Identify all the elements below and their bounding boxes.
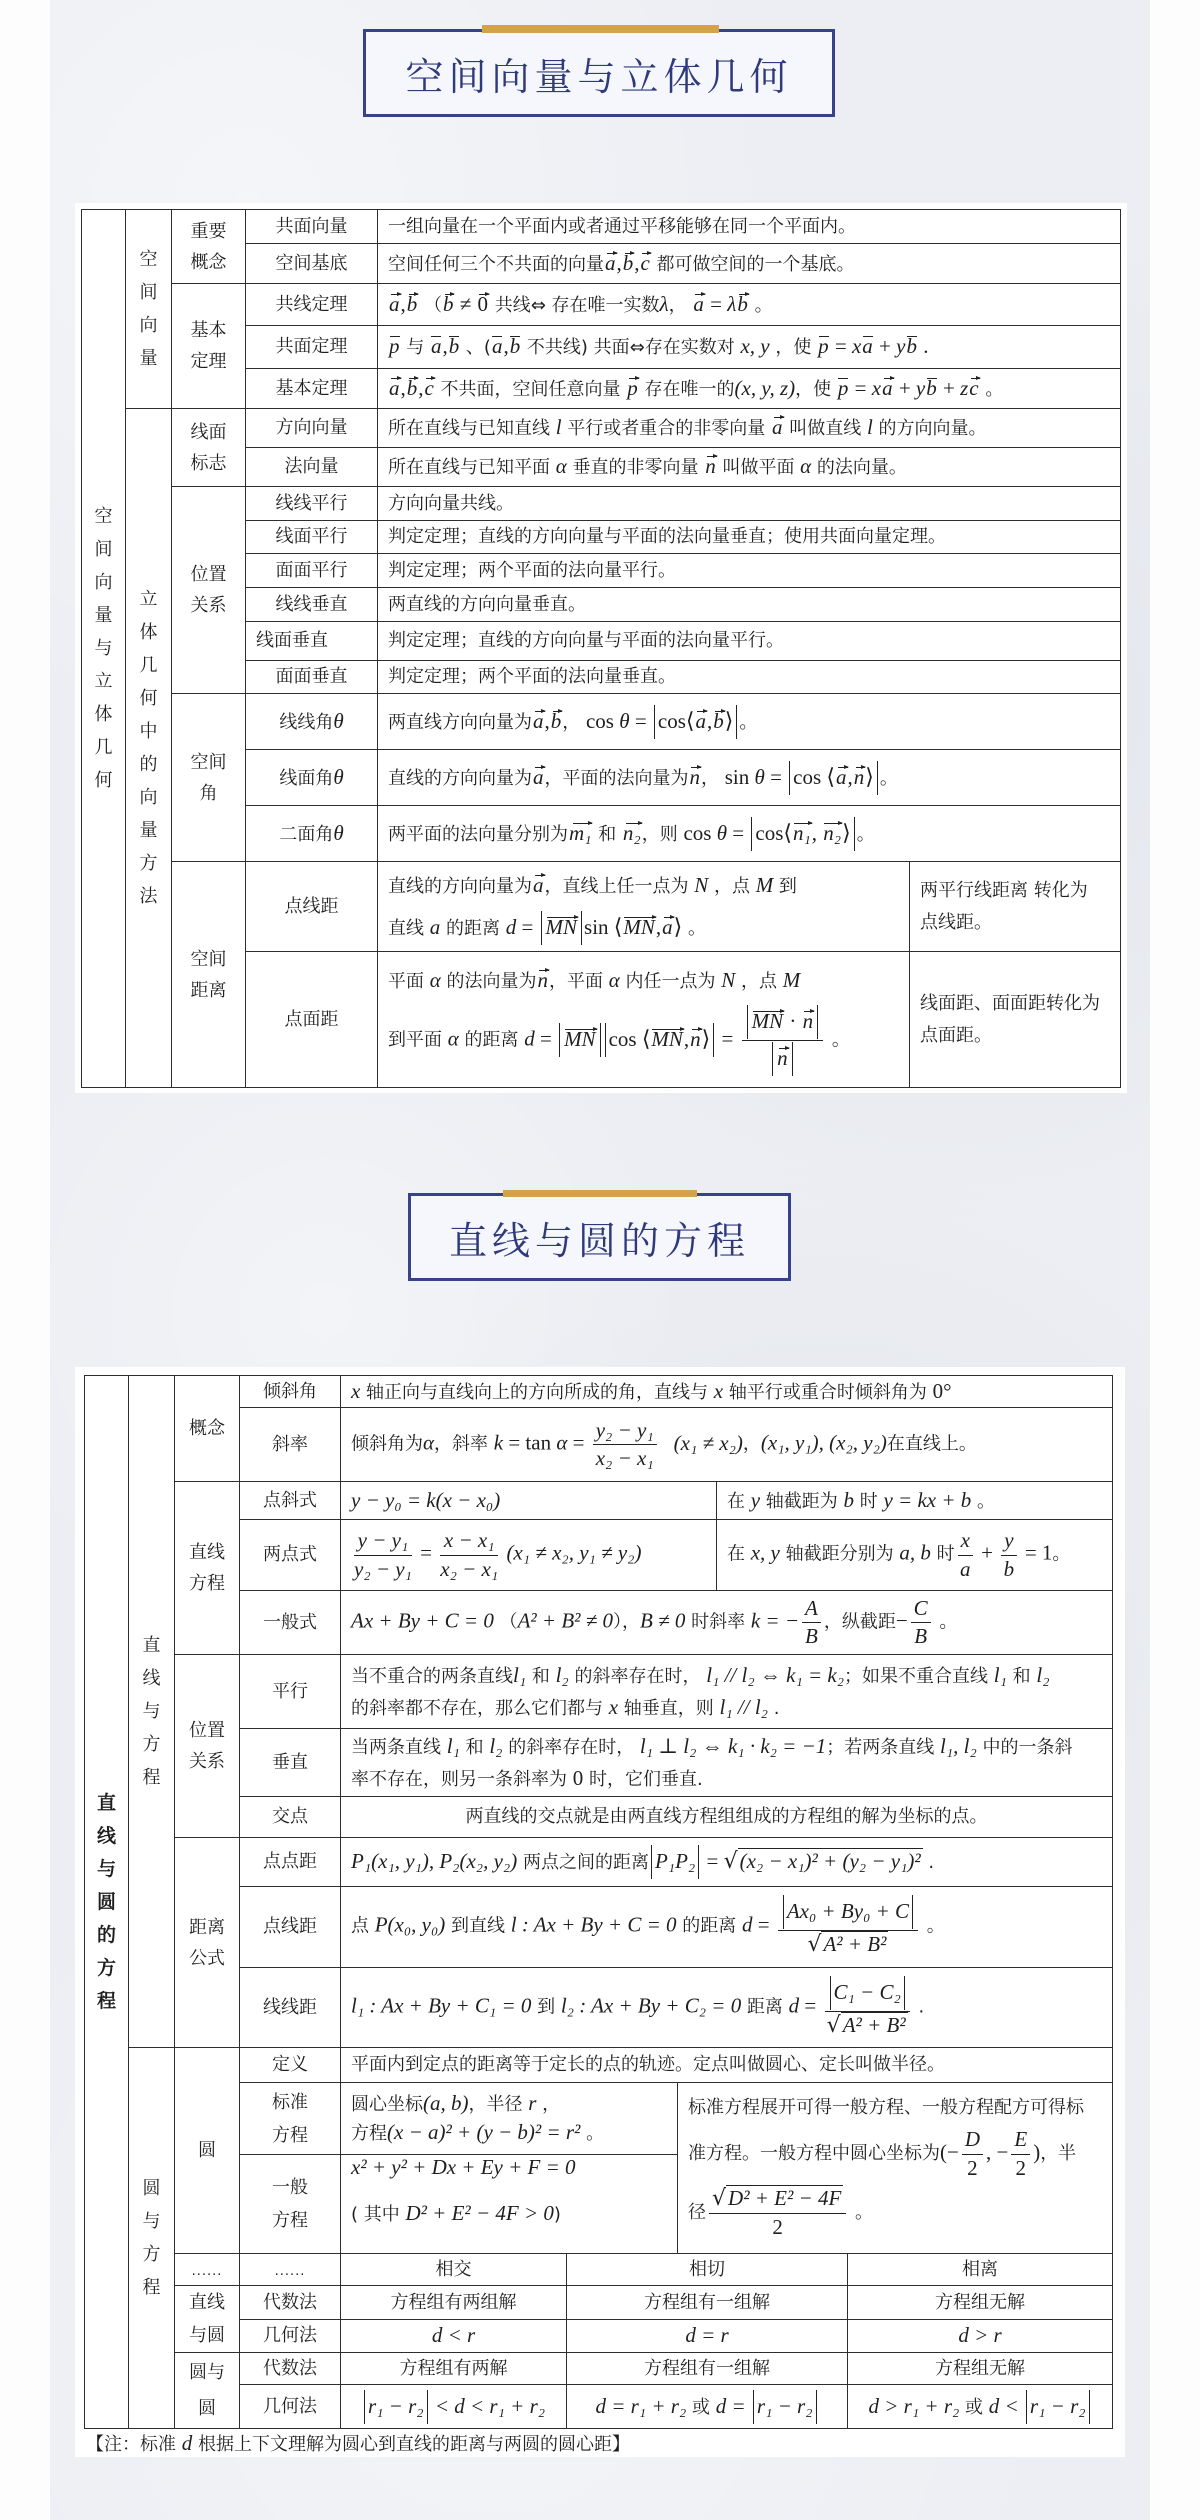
item-label: 斜率 xyxy=(272,1434,308,1455)
theta-symbol: θ xyxy=(333,709,343,733)
text-line: 率不存在，则另一条斜率为 0 时，它们垂直. xyxy=(351,1763,1112,1795)
math-symbol: = xyxy=(705,292,727,316)
radicand: A² + B² xyxy=(821,1931,888,1956)
item-cell: 线面角θ xyxy=(246,750,378,806)
item-cell: 代数法 xyxy=(240,2286,341,2320)
radicand: A² + B² xyxy=(841,2012,908,2037)
fraction-numerator: x − x₁ xyxy=(440,1528,498,1555)
group-cell: 空间向量 xyxy=(126,210,172,409)
content-cell: 方向向量共线。 xyxy=(378,487,1121,521)
text-run: 方程组有一组解 xyxy=(644,2358,770,2379)
text-run: 时，它们垂直. xyxy=(583,1769,702,1790)
content-cell: 判定定理；两个平面的法向量垂直。 xyxy=(378,661,1121,694)
line-circle-table: 直线与圆的方程 直线与方程 概念 倾斜角 x 轴正向与直线向上的方向所成的角，直… xyxy=(84,1375,1113,2429)
item-label: 线线垂直 xyxy=(276,594,348,615)
column-header: 相交 xyxy=(341,2254,567,2286)
math-variable: α xyxy=(800,454,811,478)
vector-symbol: a xyxy=(604,251,617,275)
item-cell: 几何法 xyxy=(240,2385,341,2429)
item-label: 共面向量 xyxy=(276,216,348,237)
formula-line: 准方程。一般方程中圆心坐标为(−D2, −E2)，半 xyxy=(688,2123,1112,2183)
group-label: 直线与方程 xyxy=(142,1629,162,1794)
math-variable: l₂ xyxy=(489,1734,502,1758)
content-cell: 平面 α 的法向量为n，平面 α 内任一点为 N ，点 M 到平面 α 的距离 … xyxy=(378,952,910,1088)
vector-symbol: MN xyxy=(751,1009,785,1033)
item-label: 线面平行 xyxy=(276,526,348,547)
text-run: 到平面 xyxy=(388,1030,448,1051)
text-line: 当两条直线 l₁ 和 l₂ 的斜率存在时， l₁ ⊥ l₂ ⇔ k₁ · k₂ … xyxy=(351,1731,1112,1763)
math-symbol: · xyxy=(784,1009,802,1033)
math-variable: P₁(x₁, y₁), P₂(x₂, y₂) xyxy=(351,1849,517,1873)
formula-line: 直线的方向向量为a，直线上任一点为 N ，点 M 到 xyxy=(388,865,909,907)
category-label: 基本定理 xyxy=(190,315,228,377)
math-symbol: = xyxy=(799,1993,821,2017)
fraction-denominator: 2 xyxy=(1011,2155,1030,2181)
text-run: 。 xyxy=(934,1612,958,1633)
item-cell: 二面角θ xyxy=(246,806,378,862)
content-cell: 当不重合的两条直线l₁ 和 l₂ 的斜率存在时， l₁ // l₂ ⇔ k₁ =… xyxy=(341,1655,1113,1729)
fraction-numerator: y − y₁ xyxy=(354,1528,412,1555)
vector-symbol: a xyxy=(532,873,545,897)
item-cell: 线线垂直 xyxy=(246,588,378,622)
fraction: MN · nn xyxy=(742,1005,824,1076)
text-run: 时 xyxy=(854,1491,883,1512)
math-symbol: cos xyxy=(793,765,826,789)
vector-symbol: n xyxy=(853,765,866,789)
item-cell: 标准方程 xyxy=(240,2083,341,2155)
text-run: 。 xyxy=(1052,1544,1070,1565)
item-cell: 一般方程 xyxy=(240,2155,341,2254)
formula-line: ( 其中 D² + E² − 4F > 0) xyxy=(351,2181,677,2247)
text-run: 轴正向与直线向上的方向所成的角，直线与 xyxy=(360,1382,713,1403)
content-cell: 圆心坐标(a, b)，半径 r ， 方程(x − a)² + (y − b)² … xyxy=(341,2083,678,2155)
item-cell: 代数法 xyxy=(240,2353,341,2385)
item-cell: 线线角θ xyxy=(246,694,378,750)
group-cell: 直线与方程 xyxy=(129,1376,175,2048)
content-cell: 两直线的交点就是由两直线方程组组成的方程组的解为坐标的点。 xyxy=(341,1797,1113,1838)
vector-symbol: n₂ xyxy=(622,821,642,845)
text-run: ( 其中 xyxy=(351,2204,405,2225)
text-run: 所在直线与已知直线 xyxy=(388,418,556,439)
vector-symbol: b xyxy=(905,334,918,358)
fraction-denominator: x₂ − x₁ xyxy=(440,1556,498,1582)
text-run: 方程组有一组解 xyxy=(644,2292,770,2313)
remark-cell: 两平行线距离 转化为点线距。 xyxy=(910,862,1121,952)
text-run: 。 xyxy=(921,1916,945,1937)
item-cell: 共面定理 xyxy=(246,326,378,369)
math-variable: d xyxy=(182,2431,193,2455)
text-run: 当不重合的两条直线 xyxy=(351,1666,513,1687)
content-cell: l₁ : Ax + By + C₁ = 0 到 l₂ : Ax + By + C… xyxy=(341,1968,1113,2048)
text-run: ，直线上任一点为 xyxy=(545,876,695,897)
math-variable: d > r xyxy=(958,2323,1001,2347)
text-run: 叫做直线 xyxy=(784,418,867,439)
position-cell: 方程组有一组解 xyxy=(567,2286,848,2320)
text-run: 与 xyxy=(401,337,430,358)
text-run: 的斜率存在时， xyxy=(502,1737,639,1758)
text-run: ，平面 xyxy=(549,971,609,992)
text-run: 的距离 xyxy=(459,1030,524,1051)
item-label: 点线距 xyxy=(285,896,339,917)
math-variable: (x₁ ≠ x₂) xyxy=(674,1431,743,1455)
math-variable: l₁ ⊥ l₂ ⇔ k₁ · k₂ = −1 xyxy=(640,1734,826,1758)
text-run: 方向向量共线。 xyxy=(388,493,514,514)
math-sym bol: cos xyxy=(609,1027,642,1051)
absolute-value: Ax₀ + By₀ + C xyxy=(783,1895,913,1929)
text-run: 距离 xyxy=(741,1996,788,2017)
vector-symbol: b xyxy=(622,251,635,275)
position-cell: d > r₁ + r₂ 或 d < r₁ − r₂ xyxy=(848,2385,1113,2429)
content-cell: 直线的方向向量为a，直线上任一点为 N ，点 M 到 直线 a 的距离 d = … xyxy=(378,862,910,952)
math-variable: M xyxy=(783,968,801,992)
text-run: 平面内到定点的距离等于定长的点的轨迹。定点叫做圆心、定长叫做半径。 xyxy=(351,2054,945,2075)
text-run: 存在唯一的 xyxy=(639,379,735,400)
math-symbol: = xyxy=(849,376,871,400)
text-run: ， xyxy=(562,712,586,733)
absolute-value: cos⟨n₁, n₂⟩ xyxy=(751,817,854,851)
category-label: 位置关系 xyxy=(190,559,228,621)
position-cell: 方程组有一组解 xyxy=(567,2353,848,2385)
item-cell: 共线定理 xyxy=(246,284,378,326)
item-cell: 共面向量 xyxy=(246,210,378,244)
content-cell: 在 x, y 轴截距分别为 a, b 时xa + yb = 1。 xyxy=(717,1520,1113,1591)
text-run: 判定定理；直线的方向向量与平面的法向量垂直；使用共面向量定理。 xyxy=(388,526,946,547)
math-variable: x, y xyxy=(751,1541,780,1565)
formula-line: 方程(x − a)² + (y − b)² = r² 。 xyxy=(351,2118,677,2148)
text-run: 在 xyxy=(727,1491,751,1512)
math-variable: a, b xyxy=(899,1541,931,1565)
math-variable: y xyxy=(751,1488,760,1512)
formula-line: 径√D² + E² − 4F2 。 xyxy=(688,2183,1112,2243)
content-cell: x² + y² + Dx + Ey + F = 0 ( 其中 D² + E² −… xyxy=(341,2155,678,2254)
item-label: 线面角 xyxy=(279,768,333,789)
position-cell: 方程组无解 xyxy=(848,2353,1113,2385)
text-run: 方程组有两组解 xyxy=(391,2292,517,2313)
vector-symbol: c xyxy=(640,251,651,275)
fraction-denominator: a xyxy=(958,1556,973,1582)
math-variable: λ xyxy=(727,292,736,316)
math-variable: Ax₀ + By₀ + C xyxy=(787,1899,909,1923)
vector-symbol: a xyxy=(491,334,504,358)
math-variable: l₁ // l₂ xyxy=(720,1695,768,1719)
category-cell: 直线与圆 xyxy=(175,2286,240,2353)
topic-label: 空间向量与立体几何 xyxy=(94,500,114,797)
text-run: ，使 xyxy=(795,379,837,400)
text-run: ）， xyxy=(613,1612,640,1633)
text-run: 中的一条斜 xyxy=(977,1737,1073,1758)
angle-bracket: ⟨ xyxy=(826,765,835,790)
fraction-numerator: C₁ − C₂ xyxy=(825,1976,910,2012)
fraction-numerator: Ax₀ + By₀ + C xyxy=(778,1895,918,1931)
category-cell: 概念 xyxy=(175,1376,240,1482)
column-header: 相离 xyxy=(848,2254,1113,2286)
category-label: 重要概念 xyxy=(190,216,228,278)
angle-bracket: ⟨ xyxy=(783,821,792,846)
text-run: . xyxy=(923,1852,934,1873)
fraction: Ax₀ + By₀ + C√A² + B² xyxy=(778,1895,918,1958)
math-symbol: = 1 xyxy=(1020,1541,1053,1565)
relation-note-cell: 标准方程展开可得一般方程、一般方程配方可得标 准方程。一般方程中圆心坐标为(−D… xyxy=(678,2083,1113,2254)
text-run: 直线的方向向量为 xyxy=(388,876,532,897)
group-label: 圆与方程 xyxy=(142,2172,162,2304)
category-cell: 线面标志 xyxy=(172,409,246,487)
angle-bracket: ⟩ xyxy=(865,765,874,790)
math-variable: B ≠ 0 xyxy=(640,1609,685,1633)
text-run: 轴截距分别为 xyxy=(780,1544,899,1565)
vector-symbol: MN xyxy=(650,1027,684,1051)
vector-symbol: b xyxy=(509,334,522,358)
formula-line: 到平面 α 的距离 d = MNcos ⟨MN,n⟩ = MN · nn 。 xyxy=(388,1005,909,1076)
math-variable: x xyxy=(714,1379,723,1403)
column-header: 相切 xyxy=(567,2254,848,2286)
item-cell: 面面垂直 xyxy=(246,661,378,694)
math-symbol: , xyxy=(812,821,823,845)
math-symbol: = xyxy=(630,709,652,733)
item-label: 空间基底 xyxy=(276,253,348,274)
item-label: 法向量 xyxy=(285,456,339,477)
absolute-value: r₁ − r₂ xyxy=(1026,2390,1090,2424)
section-title: 直线与圆的方程 xyxy=(449,1210,750,1265)
math-variable: (x₁ ≠ x₂, y₁ ≠ y₂) xyxy=(501,1541,641,1565)
item-cell: 点线距 xyxy=(240,1887,341,1968)
category-label: 位置关系 xyxy=(188,1715,226,1777)
item-label: 标准方程 xyxy=(271,2086,309,2152)
angle-bracket: ⟩ xyxy=(702,1027,711,1052)
fraction-denominator: √A² + B² xyxy=(778,1931,918,1958)
vector-symbol: a xyxy=(695,709,708,733)
vector-symbol: a xyxy=(388,376,401,400)
vector-symbol: MN xyxy=(563,1027,597,1051)
absolute-value: cos ⟨a,n⟩ xyxy=(789,761,878,795)
math-variable: (x, y, z) xyxy=(735,376,796,400)
text-run: 的方向向量。 xyxy=(873,418,987,439)
topic-cell: 直线与圆的方程 xyxy=(85,1376,129,2429)
vector-symbol: n₂ xyxy=(822,821,842,845)
text-line: 的斜率都不存在，那么它们都与 x 轴垂直，则 l₁ // l₂ . xyxy=(351,1692,1112,1724)
text-run: 【注：标准 xyxy=(86,2434,182,2455)
item-label: 面面垂直 xyxy=(276,666,348,687)
math-variable: d = r xyxy=(685,2323,728,2347)
math-variable: l₁, l₂ xyxy=(940,1734,977,1758)
text-run: 两直线方向向量为 xyxy=(388,712,532,733)
item-label: 面面平行 xyxy=(276,560,348,581)
item-label: 基本定理 xyxy=(276,378,348,399)
vector-symbol: a xyxy=(430,334,443,358)
text-run: 在 xyxy=(727,1544,751,1565)
text-run: 轴截距为 xyxy=(760,1491,843,1512)
item-label: 两点式 xyxy=(263,1544,317,1565)
vector-symbol: MN xyxy=(622,915,656,939)
category-label: 圆与圆 xyxy=(188,2355,226,2427)
vector-symbol: p xyxy=(817,334,830,358)
math-variable: d < xyxy=(989,2394,1024,2418)
vector-symbol: c xyxy=(968,376,979,400)
content-cell: 所在直线与已知平面 α 垂直的非零向量 n 叫做平面 α 的法向量。 xyxy=(378,448,1121,487)
category-label: 空间距离 xyxy=(190,944,228,1006)
vector-symbol: b xyxy=(712,709,725,733)
absolute-value: MN · n xyxy=(747,1005,819,1039)
space-vector-table: 空间向量与立体几何 空间向量 重要概念 共面向量 一组向量在一个平面内或者通过平… xyxy=(81,209,1121,1088)
math-symbol: = xyxy=(765,765,787,789)
text-run: ， xyxy=(536,2094,560,2115)
text-run: 两平面的法向量分别为 xyxy=(388,824,568,845)
item-label: 线线角 xyxy=(279,712,333,733)
zero-vector-symbol: 0 xyxy=(477,292,490,316)
math-symbol: = xyxy=(727,821,749,845)
theta-symbol: θ xyxy=(333,821,343,845)
math-symbol: , xyxy=(503,334,508,358)
category-cell: 直线方程 xyxy=(175,1482,240,1655)
gold-accent-bar xyxy=(482,25,719,33)
math-variable: l₁ : Ax + By + C₁ = 0 xyxy=(351,1993,531,2017)
item-cell: 面面平行 xyxy=(246,554,378,588)
item-cell: 方向向量 xyxy=(246,409,378,448)
content-cell: a,b （b ≠ 0 共线⇔ 存在唯一实数λ， a = λb 。 xyxy=(378,284,1121,326)
math-variable: d xyxy=(524,1027,535,1051)
fraction-denominator: B xyxy=(911,1623,931,1649)
math-variable: M xyxy=(756,873,774,897)
absolute-value: P₁P₂ xyxy=(651,1845,699,1879)
text-run: 判定定理；两个平面的法向量垂直。 xyxy=(388,666,676,687)
item-cell: 基本定理 xyxy=(246,369,378,409)
fraction: C₁ − C₂√A² + B² xyxy=(825,1976,910,2039)
item-cell: 线面垂直 xyxy=(246,622,378,661)
text-run: 。 xyxy=(749,295,773,316)
text-run: 到 xyxy=(773,876,797,897)
math-symbol: cos xyxy=(755,821,783,845)
math-variable: d xyxy=(742,1913,753,1937)
position-cell: d > r xyxy=(848,2320,1113,2353)
math-variable: P(x₀, y₀) xyxy=(375,1913,446,1937)
text-run: ) xyxy=(554,2204,561,2225)
text-run: ，点 xyxy=(708,876,755,897)
text-run: 倾斜角为 xyxy=(351,1434,423,1455)
vector-symbol: a xyxy=(835,765,848,789)
math-symbol: + xyxy=(894,376,916,400)
item-cell: 平行 xyxy=(240,1655,341,1729)
vector-symbol: n xyxy=(776,1046,789,1070)
item-label: 点线距 xyxy=(263,1916,317,1937)
vector-symbol: p xyxy=(388,334,401,358)
topic-label: 直线与圆的方程 xyxy=(97,1787,117,2018)
category-cell: 重要概念 xyxy=(172,210,246,284)
content-cell: Ax + By + C = 0 （A² + B² ≠ 0），B ≠ 0 时斜率 … xyxy=(341,1591,1113,1655)
math-symbol: + xyxy=(938,376,960,400)
category-cell: 位置关系 xyxy=(172,487,246,694)
vector-symbol: b xyxy=(736,292,749,316)
item-cell: 点线距 xyxy=(246,862,378,952)
text-run: 平行或者重合的非零向量 xyxy=(562,418,771,439)
text-run: ， xyxy=(743,1434,761,1455)
text-run: 当两条直线 xyxy=(351,1737,447,1758)
text-run: 直线的方向向量为 xyxy=(388,768,532,789)
text-line: 当不重合的两条直线l₁ 和 l₂ 的斜率存在时， l₁ // l₂ ⇔ k₁ =… xyxy=(351,1660,1112,1692)
vector-symbol: p xyxy=(837,376,850,400)
text-run: 方程 xyxy=(351,2123,387,2144)
vector-symbol: a xyxy=(771,415,784,439)
formula-line: 平面 α 的法向量为n，平面 α 内任一点为 N ，点 M xyxy=(388,963,909,999)
math-symbol: = xyxy=(752,1913,774,1937)
text-run: 判定定理；两个平面的法向量平行。 xyxy=(388,560,676,581)
item-cell: 两点式 xyxy=(240,1520,341,1591)
fraction-denominator: n xyxy=(742,1041,824,1076)
fraction: xa xyxy=(958,1528,973,1581)
position-cell: d = r xyxy=(567,2320,848,2353)
angle-bracket: ⟨ xyxy=(686,709,695,734)
item-cell: 法向量 xyxy=(246,448,378,487)
category-cell: 位置关系 xyxy=(175,1655,240,1838)
vector-symbol: b xyxy=(448,334,461,358)
text-run: 率不存在，则另一条斜率为 xyxy=(351,1769,573,1790)
math-symbol: ≠ xyxy=(454,292,476,316)
math-variable: r₁ − r₂ xyxy=(368,2394,424,2418)
math-symbol: sin xyxy=(725,765,755,789)
math-symbol: cos xyxy=(658,709,686,733)
radicand: (x₂ − x₁)² + (y₂ − y₁)² xyxy=(738,1848,923,1873)
position-cell: 方程组有两组解 xyxy=(341,2286,567,2320)
radicand: D² + E² − 4F xyxy=(726,2185,843,2210)
text-run: 。 xyxy=(826,1030,850,1051)
text-run: 标准方程展开可得一般方程、一般方程配方可得标 xyxy=(688,2097,1084,2118)
fraction: x − x₁x₂ − x₁ xyxy=(440,1528,498,1581)
vector-symbol: a xyxy=(861,334,874,358)
category-label: 直线与圆 xyxy=(188,2286,226,2352)
content-cell: p 与 a,b 、(a,b 不共线) 共面⇔存在实数对 x, y ，使 p = … xyxy=(378,326,1121,369)
text-run: 轴平行或重合时倾斜角为 xyxy=(723,1382,932,1403)
math-symbol: , − xyxy=(986,2140,1008,2164)
item-label: 平行 xyxy=(272,1681,308,1702)
item-label: 交点 xyxy=(272,1806,308,1827)
text-run: ，平面的法向量为 xyxy=(545,768,689,789)
math-variable: α xyxy=(556,454,567,478)
item-label: 线面垂直 xyxy=(256,630,328,651)
text-run: 不共面，空间任意向量 xyxy=(435,379,626,400)
category-label: 圆 xyxy=(188,2135,226,2166)
fraction-numerator: x xyxy=(958,1528,973,1555)
math-variable: α xyxy=(430,968,441,992)
text-run: 空间任何三个不共面的向量 xyxy=(388,254,604,275)
position-cell: r₁ − r₂ < d < r₁ + r₂ xyxy=(341,2385,567,2429)
group-cell: 圆与方程 xyxy=(129,2048,175,2429)
absolute-value: r₁ − r₂ xyxy=(364,2390,428,2424)
text-run: 时斜率 xyxy=(685,1612,750,1633)
category-label: 直线方程 xyxy=(188,1537,226,1599)
math-variable: x xyxy=(351,1379,360,1403)
vector-symbol: a xyxy=(388,292,401,316)
text-run: 在直线上。 xyxy=(887,1434,977,1455)
text-run: ；如果不重合直线 xyxy=(844,1666,994,1687)
angle-bracket: ⟩ xyxy=(674,915,683,940)
text-run: 两直线的交点就是由两直线方程组组成的方程组的解为坐标的点。 xyxy=(466,1806,988,1827)
category-cell: 空间距离 xyxy=(172,862,246,1088)
math-variable: d = xyxy=(716,2394,751,2418)
math-symbol: cos xyxy=(683,821,716,845)
radical-sign: √ xyxy=(807,1932,821,1957)
vector-symbol: n xyxy=(704,454,717,478)
math-symbol: 0 xyxy=(573,1766,584,1790)
fraction: D2 xyxy=(962,2127,983,2180)
angle-bracket: ⟩ xyxy=(842,821,851,846)
text-run: 叫做平面 xyxy=(717,457,800,478)
item-cell: 定义 xyxy=(240,2048,341,2083)
math-variable: y xyxy=(916,376,925,400)
text-run: ，半 xyxy=(1040,2143,1076,2164)
ellipsis-label: ...... xyxy=(275,2264,306,2279)
section-title-box: 直线与圆的方程 xyxy=(408,1193,791,1281)
math-variable: y = kx + b xyxy=(883,1488,971,1512)
position-cell: 方程组有两解 xyxy=(341,2353,567,2385)
footnote: 【注：标准 d 根据上下文理解为圆心到直线的距离与两圆的圆心距】 xyxy=(86,2431,630,2457)
